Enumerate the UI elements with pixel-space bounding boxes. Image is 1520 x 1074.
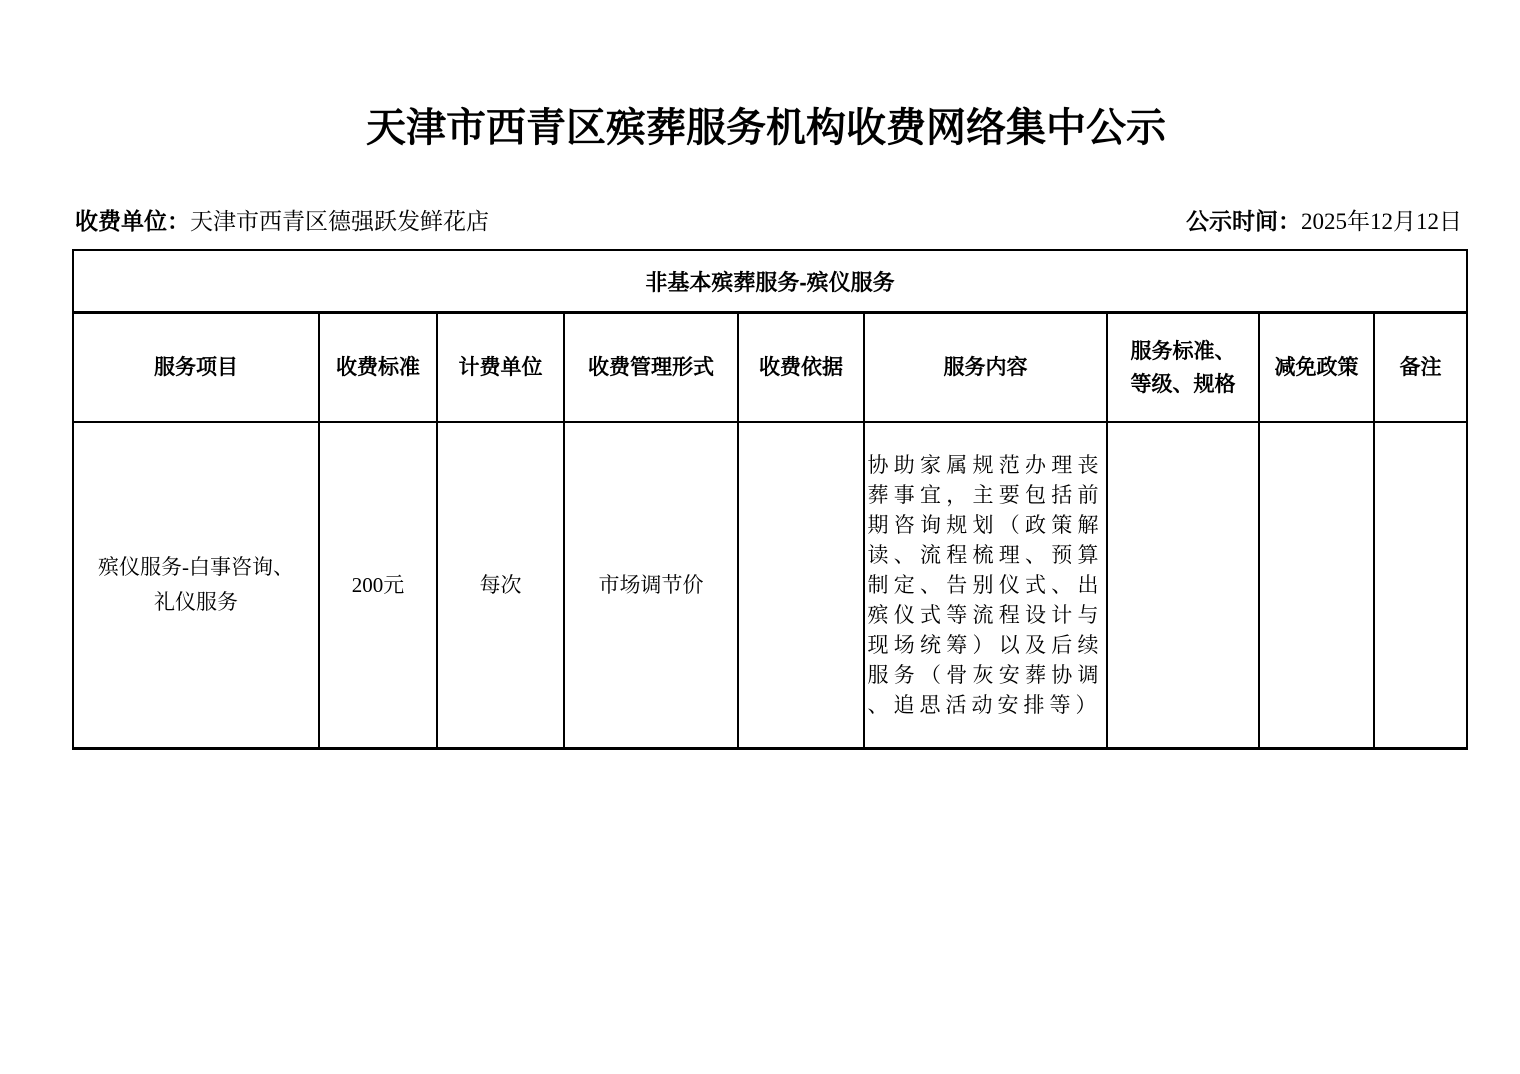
page-title: 天津市西青区殡葬服务机构收费网络集中公示 — [72, 0, 1460, 152]
cell-fee-basis — [738, 422, 864, 749]
cell-remarks — [1374, 422, 1467, 749]
charging-unit-label: 收费单位： — [75, 208, 190, 234]
col-header-remarks: 备注 — [1374, 313, 1467, 423]
publicity-time-value: 2025年12月12日 — [1301, 209, 1462, 234]
cell-reduction-policy — [1259, 422, 1374, 749]
publicity-time-label: 公示时间： — [1186, 208, 1301, 234]
col-header-standard-grade-spec: 服务标准、等级、规格 — [1107, 313, 1259, 423]
fee-table: 非基本殡葬服务-殡仪服务 服务项目 收费标准 计费单位 收费管理形式 收费依据 … — [72, 249, 1468, 750]
col-header-management-form: 收费管理形式 — [564, 313, 738, 423]
col-header-billing-unit: 计费单位 — [437, 313, 564, 423]
cell-service-content: 协助家属规范办理丧葬事宜，主要包括前期咨询规划（政策解读、流程梳理、预算制定、告… — [868, 450, 1104, 720]
cell-fee-standard: 200元 — [319, 422, 437, 749]
col-header-service-content: 服务内容 — [864, 313, 1107, 423]
charging-unit-value: 天津市西青区德强跃发鲜花店 — [190, 209, 489, 234]
table-section-header: 非基本殡葬服务-殡仪服务 — [73, 250, 1467, 313]
col-header-fee-basis: 收费依据 — [738, 313, 864, 423]
cell-standard-grade-spec — [1107, 422, 1259, 749]
column-header-row: 服务项目 收费标准 计费单位 收费管理形式 收费依据 服务内容 服务标准、等级、… — [73, 313, 1467, 423]
section-header-row: 非基本殡葬服务-殡仪服务 — [73, 250, 1467, 313]
col-header-fee-standard: 收费标准 — [319, 313, 437, 423]
table-row: 殡仪服务-白事咨询、礼仪服务 200元 每次 市场调节价 协助家属规范办理丧葬事… — [73, 422, 1467, 749]
document-page: 天津市西青区殡葬服务机构收费网络集中公示 收费单位：天津市西青区德强跃发鲜花店 … — [0, 0, 1520, 1074]
cell-service-item: 殡仪服务-白事咨询、礼仪服务 — [73, 422, 319, 749]
info-row: 收费单位：天津市西青区德强跃发鲜花店 公示时间：2025年12月12日 — [75, 206, 1462, 237]
publicity-time: 公示时间：2025年12月12日 — [1186, 206, 1462, 237]
cell-service-content-container: 协助家属规范办理丧葬事宜，主要包括前期咨询规划（政策解读、流程梳理、预算制定、告… — [864, 422, 1107, 749]
col-header-reduction-policy: 减免政策 — [1259, 313, 1374, 423]
cell-billing-unit: 每次 — [437, 422, 564, 749]
charging-unit: 收费单位：天津市西青区德强跃发鲜花店 — [75, 206, 489, 237]
cell-management-form: 市场调节价 — [564, 422, 738, 749]
col-header-service-item: 服务项目 — [73, 313, 319, 423]
